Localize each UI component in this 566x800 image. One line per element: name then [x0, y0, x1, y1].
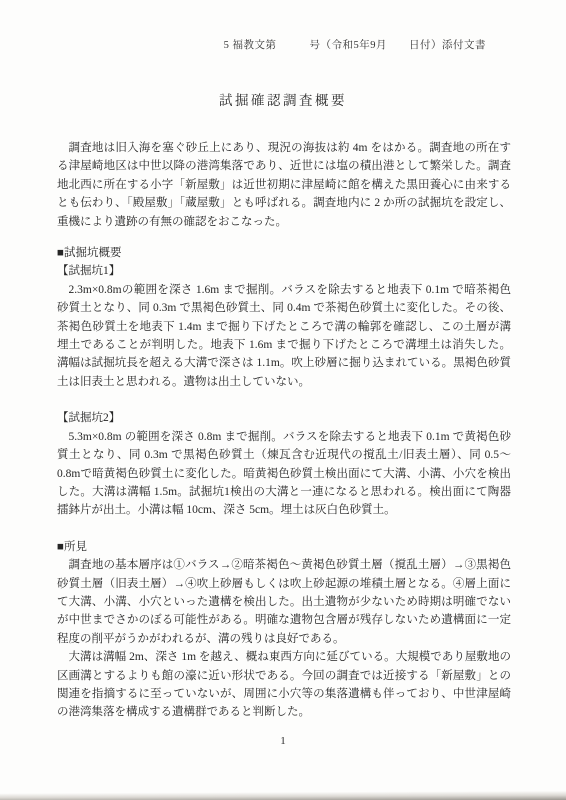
intro-paragraph: 調査地は旧入海を塞ぐ砂丘上にあり、現況の海抜は約 4m をはかる。調査地の所在す… [57, 139, 511, 231]
pit1-heading: 【試掘坑1】 [57, 262, 511, 280]
pit2-paragraph: 5.3m×0.8m の範囲を深さ 0.8m まで掘削。バラスを除去すると地表下 … [57, 428, 511, 520]
scanned-document-page: 5 福教文第 号（令和5年9月 日付）添付文書 試掘確認調査概要 調査地は旧入海… [0, 0, 566, 800]
section-heading-pit-overview: ■試掘坑概要 [57, 244, 511, 262]
document-title: 試掘確認調査概要 [0, 89, 566, 109]
page-number: 1 [0, 735, 566, 747]
pit2-heading: 【試掘坑2】 [57, 409, 511, 427]
scan-bottom-edge [0, 791, 566, 800]
findings-paragraph-1: 調査地の基本層序は①バラス→②暗茶褐色～黄褐色砂質土層（撹乱土層）→③黒褐色砂質… [57, 556, 511, 648]
pit1-paragraph: 2.3m×0.8mの範囲を深さ 1.6m まで掘削。バラスを除去すると地表下 0… [57, 281, 511, 391]
document-number-line: 5 福教文第 号（令和5年9月 日付）添付文書 [0, 0, 566, 52]
findings-heading: ■所見 [57, 538, 511, 556]
findings-paragraph-2: 大溝は溝幅 2m、深さ 1m を越え、概ね東西方向に延びている。大規模であり屋敷… [57, 648, 511, 722]
